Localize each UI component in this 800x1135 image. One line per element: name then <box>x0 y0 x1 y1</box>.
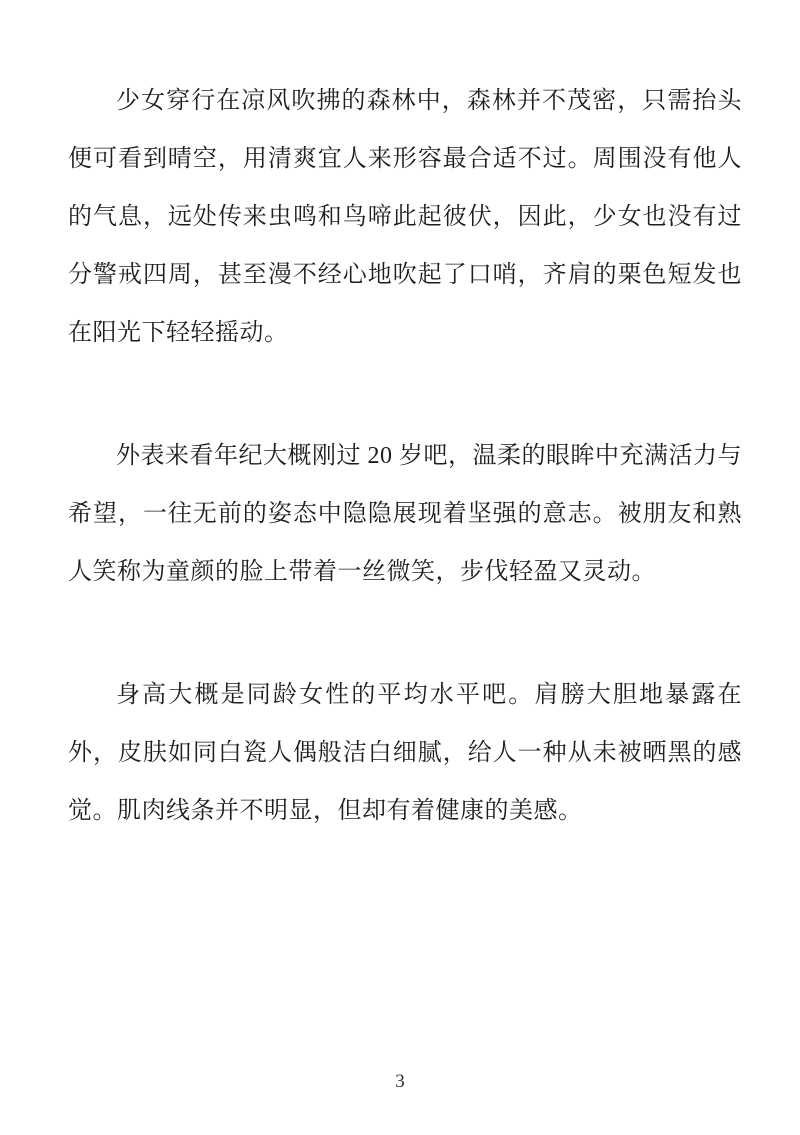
page-body: 少女穿行在凉风吹拂的森林中，森林并不茂密，只需抬头便可看到晴空，用清爽宜人来形容… <box>68 72 742 840</box>
paragraph-3: 身高大概是同龄女性的平均水平吧。肩膀大胆地暴露在外，皮肤如同白瓷人偶般洁白细腻，… <box>68 666 742 840</box>
paragraph-1: 少女穿行在凉风吹拂的森林中，森林并不茂密，只需抬头便可看到晴空，用清爽宜人来形容… <box>68 72 742 362</box>
paragraph-2: 外表来看年纪大概刚过 20 岁吧，温柔的眼眸中充满活力与希望，一往无前的姿态中隐… <box>68 427 742 601</box>
page-number: 3 <box>0 1068 800 1096</box>
document-page: 少女穿行在凉风吹拂的森林中，森林并不茂密，只需抬头便可看到晴空，用清爽宜人来形容… <box>0 0 800 1135</box>
